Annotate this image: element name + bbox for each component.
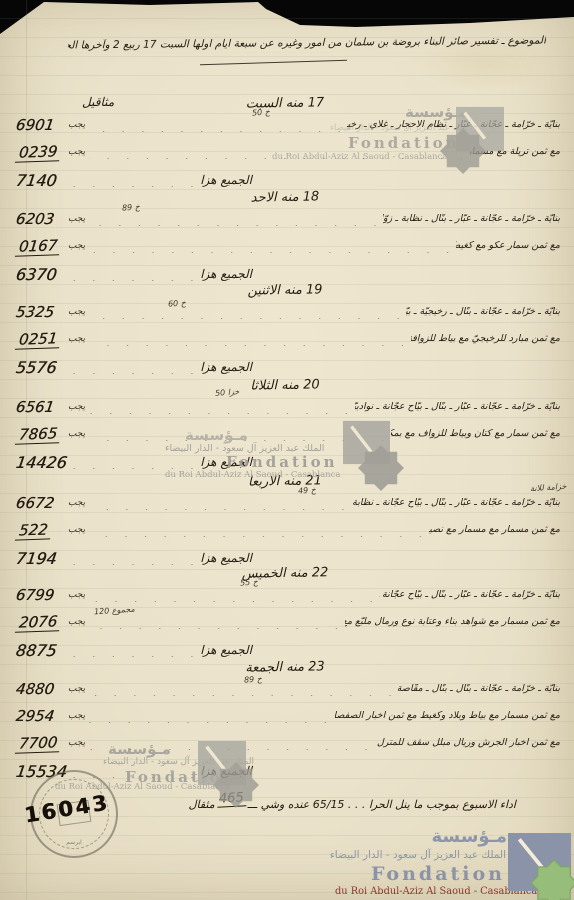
section-day-heading: 19 منه الاثنين [120,280,450,301]
ledger-line-text: مع ثمن سمار مع كتان وبياط للزواف مع بمكا… [391,429,560,439]
amount-digits: 522 [15,520,52,540]
dotted-leader [68,360,200,374]
dotted-leader [89,239,456,253]
total-line: الجميع هزا5576 [16,354,252,380]
amount-label: يجب [68,307,85,317]
ledger-line: بنايّة ـ خرّامة ـ عجّانة ـ بنّال ـ رخيجي… [16,299,560,325]
amount-value: 4880 [15,680,66,698]
foundation-watermark-top: مـؤسسة الملك عبد العزيز آل سعود - الدار … [270,100,530,170]
foundation-logo-bottom-right: مـؤسسة الملك عبد العزيز آل سعود - الدار … [335,826,574,900]
amount-value: 522 [15,521,66,540]
ledger-day-section: 19 منه الاثنينبنايّة ـ خرّامة ـ عجّانة ـ… [0,283,574,379]
total-value: 5576 [15,358,70,377]
amount-label: يجب [68,241,85,251]
ledger-line: مع ثمن مسمار مع مسمار مع نصيب ربع بياط ا… [16,517,560,543]
eight-point-star-icon [213,762,259,808]
footer-text: اداء الاسبوع بموجب ما ينل الحرا . . . 65… [247,798,516,811]
margin-note: خ 55 [240,577,258,587]
ledger-line: بنايّة ـ خرّامة ـ عجّانة ـ عبّار ـ بنّال… [16,206,560,232]
ledger-line: بنايّة ـ خرّامة ـ عجّانة ـ عبّار ـ بنّال… [16,490,560,516]
foundation-name-arabic: مـؤسسة [185,426,248,444]
ledger-day-section: 18 منه الاحدبنايّة ـ خرّامة ـ عجّانة ـ ع… [0,190,574,286]
dotted-leader [89,496,351,510]
ledger-line-text: بنايّة ـ خرّامة ـ عجّانة ـ عبّار ـ بنّال… [351,498,560,508]
amount-label: يجب [68,590,85,600]
margin-note: خ 50 [252,107,270,117]
amount-label: يجب [68,525,85,535]
total-value: 7194 [15,549,70,568]
margin-note: خ 60 [168,298,186,308]
total-label: الجميع هزا [200,173,252,187]
amount-digits: 6561 [15,398,56,416]
foundation-name-french: Fondation [370,863,505,885]
amount-label: يجب [68,120,85,130]
dotted-leader [89,615,345,629]
ledger-line-text: مع ثمن مسمار مع شواهد بناء وعتابة نوع ور… [345,617,560,627]
foundation-watermark-middle: مـؤسسة الملك عبد العزيز آل سعود - الدار … [160,420,410,490]
ledger-line-text: مع ثمن مبارد للرخيجيّ مع بياط للزوافة وك… [411,334,560,344]
total-value: 6370 [15,265,70,284]
ledger-line-text: بنايّة ـ خرّامة ـ عجّانة ـ عبّار ـ بنّال… [355,402,560,412]
foundation-subtitle-french: du Roi Abdul-Aziz Al Saoud - Casablanca [272,152,447,162]
section-day-heading: 22 منه الخميس [120,563,450,584]
dotted-leader [68,267,200,281]
dotted-leader [89,588,379,602]
amount-label: يجب [68,214,85,224]
amount-label: يجب [68,498,85,508]
amount-label: يجب [68,711,85,721]
margin-note: خ 89 [244,674,262,684]
ledger-line-text: مع ثمن مسمار مع بياط وبلاد وكغيط مع ثمن … [334,711,560,721]
total-label: الجميع هزا [200,643,252,657]
amount-value: 6672 [15,494,66,512]
amount-digits: 6901 [15,116,56,134]
ledger-day-section: 22 منه الخميسبنايّة ـ خرّامة ـ عجّانة ـ … [0,566,574,662]
amount-value: 6799 [15,586,66,604]
amount-label: يجب [68,147,85,157]
ledger-line-text: مع ثمن اخبار الجرش وريال مبلل سقف للمترل… [374,738,560,748]
amount-digits: 6799 [15,586,56,604]
ledger-line: بنايّة ـ خرّامة ـ عجّانة ـ بنّال ـ بنّال… [16,676,560,702]
eight-point-star-icon [358,445,404,491]
foundation-name-french: Fondation [226,453,338,471]
amount-label: يجب [68,684,85,694]
amount-value: 6203 [15,210,66,228]
ledger-line-text: بنايّة ـ خرّامة ـ عجّانة ـ بنّال ـ رخيجي… [406,307,560,317]
section-day-heading: 18 منه الاحد [120,187,450,208]
amount-label: يجب [68,334,85,344]
amount-value: 6561 [15,398,66,416]
ledger-line: مع ثمن مبارد للرخيجيّ مع بياط للزوافة وك… [16,326,560,352]
amount-label: يجب [68,429,85,439]
ledger-line: مع ثمن مسمار مع بياط وبلاد وكغيط مع ثمن … [16,703,560,729]
amount-digits: 6672 [15,494,56,512]
dotted-leader [89,332,410,346]
amount-digits: 4880 [15,680,56,698]
scanned-ledger-page: الموضوع ـ تفسير صائر البناء بروضة بن سلم… [0,0,574,900]
amount-digits: 2076 [15,612,61,633]
foundation-name-arabic: مـؤسسة [365,826,507,847]
total-label: الجميع هزا [200,360,252,374]
amount-value: 7865 [15,425,66,444]
amount-value: 0167 [15,237,66,256]
dotted-leader [68,643,200,657]
dotted-leader [68,551,200,565]
dotted-leader [89,523,429,537]
ledger-line-text: مع ثمن سمار عكو مع كغيط وبياط للزوافة [456,241,560,251]
ledger-line-text: بنايّة ـ خرّامة ـ عجّانة ـ عبّار ـ بنّال… [379,590,560,600]
margin-note: خ 89 [122,202,140,212]
dotted-leader [68,173,200,187]
amount-value: 0239 [15,143,66,162]
total-label: الجميع هزا [200,267,252,281]
ledger-line: بنايّة ـ خرّامة ـ عجّانة ـ عبّار ـ بنّال… [16,394,560,420]
amount-digits: 5325 [15,303,56,321]
section-day-heading: 20 منه الثلاثا [120,375,450,396]
eight-point-star-icon [531,860,574,900]
amount-label: يجب [68,617,85,627]
amount-value: 5325 [15,303,66,321]
amount-value: 0251 [15,330,66,349]
margin-note: خزامة للانة [529,482,566,494]
ledger-line: بنايّة ـ خرّامة ـ عجّانة ـ عبّار ـ بنّال… [16,582,560,608]
amount-digits: 0251 [15,329,61,350]
dotted-leader [89,212,383,226]
ledger-line: مع ثمن سمار عكو مع كغيط وبياط للزوافةيجب… [16,233,560,259]
foundation-subtitle-french: du Roi Abdul-Aziz Al Saoud - Casablanca [165,470,340,480]
total-label: الجميع هزا [200,551,252,565]
amount-digits: 0167 [15,236,61,257]
dotted-leader [89,400,354,414]
amount-digits: 0239 [15,142,61,163]
foundation-watermark-bottom-left: مـؤسسة الملك عبد العزيز آل سعود - الدار … [55,738,285,798]
eight-point-star-icon [440,128,486,174]
amount-value: 2954 [15,707,66,725]
amount-value: 6901 [15,116,66,134]
dotted-leader [89,709,334,723]
ledger-line-text: بنايّة ـ خرّامة ـ عجّانة ـ بنّال ـ بنّال… [398,684,560,694]
amount-label: يجب [68,402,85,412]
total-value: 7140 [15,171,70,190]
amount-value: 2076 [15,613,66,632]
amount-digits: 2954 [15,707,56,725]
stamp-inscription: ابرسم [32,839,116,846]
footer-amount-unit: مثقال [189,798,215,811]
section-day-heading: 23 منه الجمعة [120,657,450,678]
dotted-leader [89,305,406,319]
total-value: 14426 [15,453,70,472]
total-value: 8875 [15,641,70,660]
foundation-fullname-arabic: الملك عبد العزيز آل سعود - الدار البيضاء [338,849,506,861]
foundation-name-arabic: مـؤسسة [108,740,171,758]
ledger-line-text: بنايّة ـ خرّامة ـ عجّانة ـ عبّار ـ بنّال… [383,214,560,224]
amount-digits: 6203 [15,210,56,228]
foundation-subtitle-french: du Roi Abdul-Aziz Al Saoud - Casablanca [335,886,507,897]
margin-note: خزا 50 [215,387,240,398]
ledger-line-text: مع ثمن مسمار مع مسمار مع نصيب ربع بياط ا… [429,525,560,535]
amount-digits: 7865 [15,424,61,445]
